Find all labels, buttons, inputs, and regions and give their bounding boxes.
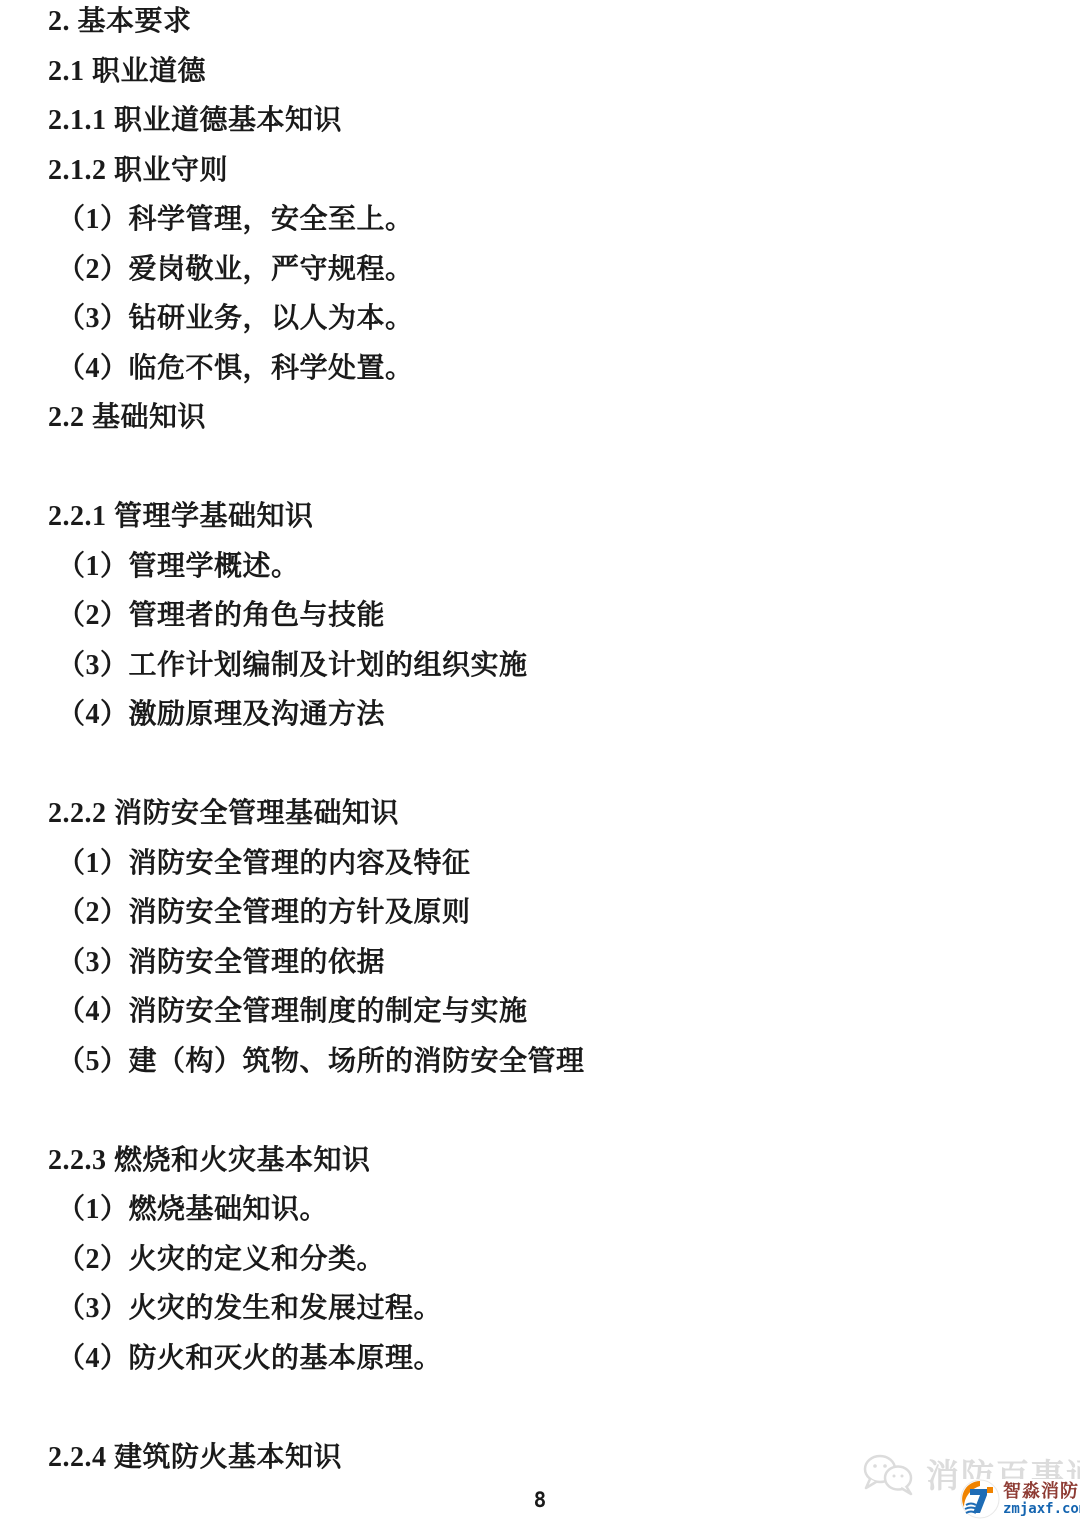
document-line: （3）工作计划编制及计划的组织实施 [0,641,1080,691]
document-line: 2.2.1 管理学基础知识 [0,492,1080,542]
brand-badge: 智淼消防 zmjaxf.com [960,1479,1080,1519]
brand-name: 智淼消防 [1003,1481,1080,1501]
document-line: （1）科学管理，安全至上。 [0,195,1080,245]
document-line: （2）消防安全管理的方针及原则 [0,888,1080,938]
document-line: （3）火灾的发生和发展过程。 [0,1284,1080,1334]
document-line: （2）爱岗敬业，严守规程。 [0,245,1080,295]
document-body: 2. 基本要求2.1 职业道德2.1.1 职业道德基本知识2.1.2 职业守则（… [0,0,1080,1482]
document-line: 2.1 职业道德 [0,47,1080,97]
document-line: 2. 基本要求 [0,0,1080,47]
brand-text: 智淼消防 zmjaxf.com [1003,1481,1080,1517]
document-line: 2.2 基础知识 [0,393,1080,443]
document-line: 2.2.2 消防安全管理基础知识 [0,789,1080,839]
document-line: （5）建（构）筑物、场所的消防安全管理 [0,1037,1080,1087]
document-page: 2. 基本要求2.1 职业道德2.1.1 职业道德基本知识2.1.2 职业守则（… [0,0,1080,1525]
document-line: （4）激励原理及沟通方法 [0,690,1080,740]
document-line: （2）管理者的角色与技能 [0,591,1080,641]
document-line: （4）防火和灭火的基本原理。 [0,1334,1080,1384]
document-line: （1）燃烧基础知识。 [0,1185,1080,1235]
zhimiao-fire-logo [960,1479,1000,1519]
document-line: 2.2.3 燃烧和火灾基本知识 [0,1136,1080,1186]
document-line: 2.1.2 职业守则 [0,146,1080,196]
document-line: （1）管理学概述。 [0,542,1080,592]
document-line: （2）火灾的定义和分类。 [0,1235,1080,1285]
document-line: （3）钻研业务，以人为本。 [0,294,1080,344]
brand-site-url: zmjaxf.com [1003,1501,1080,1517]
document-line: （3）消防安全管理的依据 [0,938,1080,988]
document-line: （4）消防安全管理制度的制定与实施 [0,987,1080,1037]
document-line: （4）临危不惧，科学处置。 [0,344,1080,394]
document-line: （1）消防安全管理的内容及特征 [0,839,1080,889]
wechat-chat-bubbles-icon [862,1452,916,1496]
document-line: 2.1.1 职业道德基本知识 [0,96,1080,146]
